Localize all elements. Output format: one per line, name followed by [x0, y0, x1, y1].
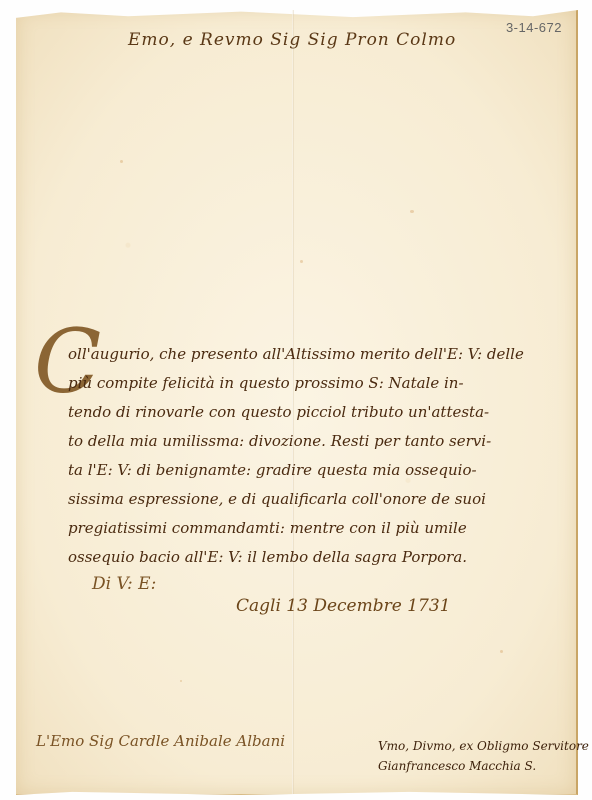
letter-dateline: Cagli 13 Decembre 1731: [236, 596, 450, 616]
body-line: pregiatissimi commandamti: mentre con il…: [68, 514, 588, 543]
foxing-spot: [300, 260, 303, 263]
foxing-spot: [180, 680, 182, 682]
foxing-spot: [120, 160, 123, 163]
body-line: ossequio bacio all'E: V: il lembo della …: [68, 543, 588, 572]
body-line: più compite felicità in questo prossimo …: [68, 369, 588, 398]
letter-addressee: L'Emo Sig Cardle Anibale Albani: [36, 732, 285, 750]
foxing-spot: [410, 210, 414, 213]
body-line: sissima espressione, e di qualificarla c…: [68, 485, 588, 514]
letter-body: oll'augurio, che presento all'Altissimo …: [68, 340, 588, 572]
body-line: to della mia umilissma: divozione. Resti…: [68, 427, 588, 456]
body-line: oll'augurio, che presento all'Altissimo …: [68, 340, 588, 369]
body-line: tendo di rinovarle con questo picciol tr…: [68, 398, 588, 427]
signature: Gianfrancesco Macchia S.: [378, 756, 592, 776]
letter-heading: Emo, e Revmo Sig Sig Pron Colmo: [128, 30, 456, 50]
subscription-line: Vmo, Divmo, ex Obligmo Servitore vero: [378, 736, 592, 756]
body-line: ta l'E: V: di benignamte: gradire questa…: [68, 456, 588, 485]
letter-closing: Di V: E:: [92, 574, 156, 594]
catalog-number: 3-14-672: [506, 20, 562, 35]
letter-subscription: Vmo, Divmo, ex Obligmo Servitore vero Gi…: [378, 736, 592, 776]
document-scan: 3-14-672 Emo, e Revmo Sig Sig Pron Colmo…: [0, 0, 592, 800]
foxing-spot: [500, 650, 503, 653]
